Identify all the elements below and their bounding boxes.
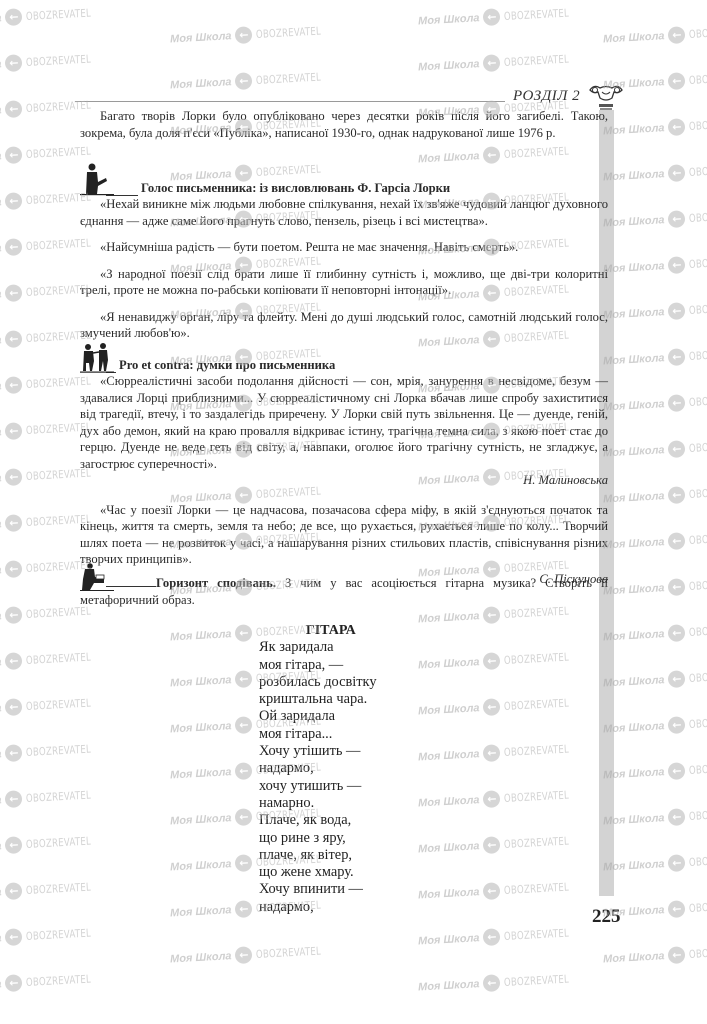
watermark-school-text: Моя Школа [170,76,232,91]
watermark-school-text: Моя Школа [0,518,2,533]
watermark-logo-icon: ← [483,8,501,26]
watermark-brand-text: OBOZREVATEL [689,71,707,87]
watermark: Моя Школа←OBOZREVATEL [603,804,707,830]
watermark-logo-icon: ← [5,560,23,578]
watermark-brand-text: OBOZREVATEL [689,25,707,41]
watermark: Моя Школа←OBOZREVATEL [0,832,110,858]
watermark-school-text: Моя Школа [0,794,2,809]
pro-et-contra-title: Pro et contra: думки про письменника [119,357,335,374]
watermark-brand-text: OBOZREVATEL [504,651,570,667]
watermark-logo-icon: ← [5,376,23,394]
watermark-logo-icon: ← [668,808,686,826]
watermark-school-text: Моя Школа [170,720,232,735]
watermark-brand-text: OBOZREVATEL [256,71,322,87]
poem-line: моя гітара... [259,726,377,743]
watermark-logo-icon: ← [668,118,686,136]
poem-line: надармо, [259,760,377,777]
watermark: Моя Школа←OBOZREVATEL [418,970,589,996]
writer-voice-title: Голос письменника: із висловлювань Ф. Га… [141,180,450,197]
watermark-logo-icon: ← [5,974,23,992]
watermark-logo-icon: ← [5,744,23,762]
watermark-brand-text: OBOZREVATEL [26,881,92,897]
watermark-logo-icon: ← [235,26,253,44]
watermark-logo-icon: ← [5,790,23,808]
watermark-school-text: Моя Школа [0,12,2,27]
poem-line: Плаче, як вода, [259,812,377,829]
watermark-brand-text: OBOZREVATEL [504,145,570,161]
watermark-school-text: Моя Школа [0,150,2,165]
watermark-logo-icon: ← [5,836,23,854]
watermark: Моя Школа←OBOZREVATEL [603,436,707,462]
watermark-school-text: Моя Школа [603,30,665,45]
watermark-logo-icon: ← [483,790,501,808]
poem-line: плаче, як вітер, [259,847,377,864]
watermark: Моя Школа←OBOZREVATEL [170,942,341,968]
watermark-logo-icon: ← [5,192,23,210]
watermark: Моя Школа←OBOZREVATEL [418,786,589,812]
watermark-logo-icon: ← [5,468,23,486]
watermark-logo-icon: ← [235,762,253,780]
watermark-logo-icon: ← [668,26,686,44]
watermark-logo-icon: ← [668,946,686,964]
watermark-brand-text: OBOZREVATEL [26,743,92,759]
watermark-logo-icon: ← [668,394,686,412]
poem-line: надармо, [259,899,377,916]
watermark-brand-text: OBOZREVATEL [26,927,92,943]
pro-et-contra-section: Pro et contra: думки про письменника «Сю… [80,343,608,587]
watermark-school-text: Моя Школа [418,702,480,717]
watermark-brand-text: OBOZREVATEL [26,973,92,989]
watermark-school-text: Моя Школа [418,840,480,855]
watermark: Моя Школа←OBOZREVATEL [603,298,707,324]
writer-voice-rubric: Голос письменника: із висловлювань Ф. Га… [80,162,608,196]
watermark-logo-icon: ← [5,146,23,164]
watermark: Моя Школа←OBOZREVATEL [603,574,707,600]
watermark-school-text: Моя Школа [170,858,232,873]
watermark-logo-icon: ← [668,302,686,320]
watermark-brand-text: OBOZREVATEL [689,669,707,685]
watermark-brand-text: OBOZREVATEL [504,881,570,897]
watermark-brand-text: OBOZREVATEL [689,945,707,961]
watermark-brand-text: OBOZREVATEL [689,899,707,915]
watermark-brand-text: OBOZREVATEL [689,577,707,593]
poem-line: кришталь­на чара. [259,691,377,708]
watermark: Моя Школа←OBOZREVATEL [603,252,707,278]
watermark-logo-icon: ← [5,606,23,624]
watermark-logo-icon: ← [5,8,23,26]
watermark: Моя Школа←OBOZREVATEL [0,50,110,76]
watermark-brand-text: OBOZREVATEL [26,651,92,667]
watermark-brand-text: OBOZREVATEL [504,53,570,69]
watermark: Моя Школа←OBOZREVATEL [0,740,110,766]
watermark-logo-icon: ← [235,670,253,688]
watermark-school-text: Моя Школа [0,564,2,579]
watermark-brand-text: OBOZREVATEL [689,807,707,823]
watermark-school-text: Моя Школа [418,58,480,73]
watermark-logo-icon: ← [483,928,501,946]
poem-line: Хочу впинити — [259,881,377,898]
poem: ГІТАРА Як заридаламоя гітара, —розбилась… [259,622,377,916]
poem-line: що жене хмару. [259,864,377,881]
watermark-logo-icon: ← [668,900,686,918]
watermark: Моя Школа←OBOZREVATEL [603,528,707,554]
watermark: Моя Школа←OBOZREVATEL [603,114,707,140]
watermark-logo-icon: ← [5,928,23,946]
intro-paragraph: Багато творів Лорки було опубліковано че… [80,108,608,141]
watermark-brand-text: OBOZREVATEL [689,255,707,271]
watermark: Моя Школа←OBOZREVATEL [603,206,707,232]
two-people-discussing-icon [80,343,114,373]
watermark-logo-icon: ← [668,578,686,596]
watermark: Моя Школа←OBOZREVATEL [603,482,707,508]
watermark-brand-text: OBOZREVATEL [689,853,707,869]
quote-paragraph: «З народної поезії слід брати лише її гл… [80,266,608,299]
watermark-school-text: Моя Школа [0,978,2,993]
quote-paragraph: «Найсумніша радість — бути поетом. Решта… [80,239,608,256]
watermark-brand-text: OBOZREVATEL [26,145,92,161]
watermark-brand-text: OBOZREVATEL [689,439,707,455]
critic-quote: «Сюрреалістичні засоби подолання дійснос… [80,373,608,472]
watermark-logo-icon: ← [668,854,686,872]
watermark-school-text: Моя Школа [0,932,2,947]
watermark: Моя Школа←OBOZREVATEL [418,648,589,674]
watermark-logo-icon: ← [235,854,253,872]
watermark: Моя Школа←OBOZREVATEL [0,4,110,30]
watermark-school-text: Моя Школа [170,628,232,643]
watermark: Моя Школа←OBOZREVATEL [603,344,707,370]
watermark-logo-icon: ← [668,210,686,228]
watermark-logo-icon: ← [5,54,23,72]
watermark-logo-icon: ← [483,836,501,854]
watermark-logo-icon: ← [5,882,23,900]
quote-paragraph: «Я ненавиджу орган, ліру та флейту. Мені… [80,309,608,342]
watermark-school-text: Моя Школа [170,950,232,965]
critic-quote: «Час у поезії Лорки — це надчасова, поза… [80,502,608,568]
watermark: Моя Школа←OBOZREVATEL [0,878,110,904]
watermark-brand-text: OBOZREVATEL [256,945,322,961]
watermark-school-text: Моя Школа [170,904,232,919]
poem-line: Ой заридала [259,708,377,725]
watermark-brand-text: OBOZREVATEL [689,163,707,179]
watermark-school-text: Моя Школа [0,242,2,257]
watermark-school-text: Моя Школа [170,30,232,45]
watermark-school-text: Моя Школа [0,840,2,855]
poem-lines: Як заридаламоя гітара, —розбилась досвіт… [259,639,377,916]
watermark: Моя Школа←OBOZREVATEL [418,694,589,720]
horizon-title: Горизонт сподівань. [156,576,276,590]
watermark: Моя Школа←OBOZREVATEL [603,712,707,738]
watermark-school-text: Моя Школа [0,656,2,671]
watermark-brand-text: OBOZREVATEL [689,347,707,363]
watermark-logo-icon: ← [668,670,686,688]
watermark-school-text: Моя Школа [0,288,2,303]
watermark-brand-text: OBOZREVATEL [26,835,92,851]
watermark: Моя Школа←OBOZREVATEL [603,22,707,48]
watermark-school-text: Моя Школа [418,656,480,671]
watermark-school-text: Моя Школа [0,426,2,441]
watermark-school-text: Моя Школа [418,932,480,947]
watermark-school-text: Моя Школа [418,794,480,809]
watermark: Моя Школа←OBOZREVATEL [0,924,110,950]
watermark: Моя Школа←OBOZREVATEL [418,832,589,858]
watermark-logo-icon: ← [5,422,23,440]
watermark-logo-icon: ← [668,440,686,458]
watermark-brand-text: OBOZREVATEL [689,715,707,731]
watermark: Моя Школа←OBOZREVATEL [603,666,707,692]
watermark-school-text: Моя Школа [0,748,2,763]
watermark: Моя Школа←OBOZREVATEL [603,850,707,876]
watermark-school-text: Моя Школа [0,380,2,395]
watermark-logo-icon: ← [668,164,686,182]
watermark-school-text: Моя Школа [0,610,2,625]
watermark-logo-icon: ← [235,900,253,918]
watermark-school-text: Моя Школа [0,702,2,717]
page-number: 225 [592,906,621,928]
watermark-logo-icon: ← [483,652,501,670]
watermark: Моя Школа←OBOZREVATEL [603,620,707,646]
watermark-brand-text: OBOZREVATEL [26,697,92,713]
quote-paragraph: «Нехай виникне між людьми любовне спілку… [80,196,608,229]
watermark-logo-icon: ← [235,946,253,964]
watermark-brand-text: OBOZREVATEL [689,485,707,501]
watermark-school-text: Моя Школа [418,748,480,763]
watermark-logo-icon: ← [235,716,253,734]
watermark: Моя Школа←OBOZREVATEL [603,160,707,186]
writer-voice-section: Голос письменника: із висловлювань Ф. Га… [80,162,608,342]
watermark: Моя Школа←OBOZREVATEL [0,648,110,674]
watermark-logo-icon: ← [483,54,501,72]
woman-reading-icon [80,563,114,591]
watermark: Моя Школа←OBOZREVATEL [418,924,589,950]
watermark-brand-text: OBOZREVATEL [26,53,92,69]
watermark-logo-icon: ← [483,882,501,900]
watermark-school-text: Моя Школа [603,950,665,965]
watermark-logo-icon: ← [668,716,686,734]
watermark-school-text: Моя Школа [418,886,480,901]
watermark: Моя Школа←OBOZREVATEL [170,22,341,48]
critic-author: Н. Малиновська [80,472,608,489]
watermark-logo-icon: ← [483,606,501,624]
watermark-brand-text: OBOZREVATEL [256,25,322,41]
pro-et-contra-rubric: Pro et contra: думки про письменника [80,343,608,373]
poem-line: розбилась досвітку [259,674,377,691]
watermark-brand-text: OBOZREVATEL [689,393,707,409]
watermark-logo-icon: ← [5,100,23,118]
section-title: РОЗДІЛ 2 [513,88,580,105]
watermark-school-text: Моя Школа [170,766,232,781]
watermark-brand-text: OBOZREVATEL [504,7,570,23]
watermark-logo-icon: ← [668,532,686,550]
watermark-logo-icon: ← [235,624,253,642]
watermark: Моя Школа←OBOZREVATEL [0,786,110,812]
poem-line: Як заридала [259,639,377,656]
watermark-school-text: Моя Школа [0,104,2,119]
watermark: Моя Школа←OBOZREVATEL [418,4,589,30]
watermark-school-text: Моя Школа [418,12,480,27]
watermark: Моя Школа←OBOZREVATEL [170,0,341,1]
watermark: Моя Школа←OBOZREVATEL [418,50,589,76]
watermark-logo-icon: ← [668,624,686,642]
watermark-logo-icon: ← [5,330,23,348]
watermark-logo-icon: ← [483,698,501,716]
watermark-logo-icon: ← [668,486,686,504]
watermark-school-text: Моя Школа [170,674,232,689]
watermark-logo-icon: ← [5,652,23,670]
watermark-brand-text: OBOZREVATEL [504,743,570,759]
watermark-logo-icon: ← [668,348,686,366]
watermark: Моя Школа←OBOZREVATEL [603,942,707,968]
watermark-school-text: Моя Школа [0,58,2,73]
watermark-logo-icon: ← [5,698,23,716]
watermark-brand-text: OBOZREVATEL [689,301,707,317]
watermark-brand-text: OBOZREVATEL [504,973,570,989]
watermark-brand-text: OBOZREVATEL [504,697,570,713]
watermark-logo-icon: ← [668,72,686,90]
watermark-brand-text: OBOZREVATEL [504,927,570,943]
watermark: Моя Школа←OBOZREVATEL [170,68,341,94]
watermark-logo-icon: ← [235,808,253,826]
watermark-brand-text: OBOZREVATEL [26,789,92,805]
watermark-brand-text: OBOZREVATEL [689,117,707,133]
watermark: Моя Школа←OBOZREVATEL [418,878,589,904]
poem-title: ГІТАРА [285,622,377,639]
watermark-school-text: Моя Школа [0,886,2,901]
reading-man-icon [80,162,114,196]
horizon-section: Горизонт сподівань. З чим у вас асоціюєт… [80,563,608,608]
watermark: Моя Школа←OBOZREVATEL [603,390,707,416]
watermark-school-text: Моя Школа [418,610,480,625]
poem-line: намарно. [259,795,377,812]
watermark-school-text: Моя Школа [0,334,2,349]
header-rule [75,101,505,102]
poem-line: Хочу утішить — [259,743,377,760]
watermark: Моя Школа←OBOZREVATEL [603,758,707,784]
watermark-logo-icon: ← [235,72,253,90]
watermark: Моя Школа←OBOZREVATEL [0,970,110,996]
watermark: Моя Школа←OBOZREVATEL [418,740,589,766]
poem-line: що рине з яру, [259,830,377,847]
watermark-logo-icon: ← [5,514,23,532]
poem-line: моя гітара, — [259,657,377,674]
watermark-brand-text: OBOZREVATEL [26,7,92,23]
watermark-brand-text: OBOZREVATEL [504,789,570,805]
horizon-paragraph: Горизонт сподівань. З чим у вас асоціюєт… [80,563,608,608]
watermark-school-text: Моя Школа [0,472,2,487]
watermark: Моя Школа←OBOZREVATEL [603,0,707,1]
watermark-brand-text: OBOZREVATEL [689,761,707,777]
watermark-logo-icon: ← [5,238,23,256]
poem-line: хочу утишить — [259,778,377,795]
intro-section: Багато творів Лорки було опубліковано че… [80,108,608,141]
watermark-brand-text: OBOZREVATEL [689,531,707,547]
watermark-brand-text: OBOZREVATEL [689,209,707,225]
watermark-logo-icon: ← [483,974,501,992]
watermark: Моя Школа←OBOZREVATEL [0,694,110,720]
watermark-logo-icon: ← [668,256,686,274]
watermark-brand-text: OBOZREVATEL [689,623,707,639]
watermark-logo-icon: ← [5,284,23,302]
watermark-school-text: Моя Школа [170,812,232,827]
watermark-school-text: Моя Школа [418,978,480,993]
watermark-brand-text: OBOZREVATEL [504,835,570,851]
watermark-logo-icon: ← [668,762,686,780]
watermark-school-text: Моя Школа [0,196,2,211]
watermark-logo-icon: ← [483,744,501,762]
